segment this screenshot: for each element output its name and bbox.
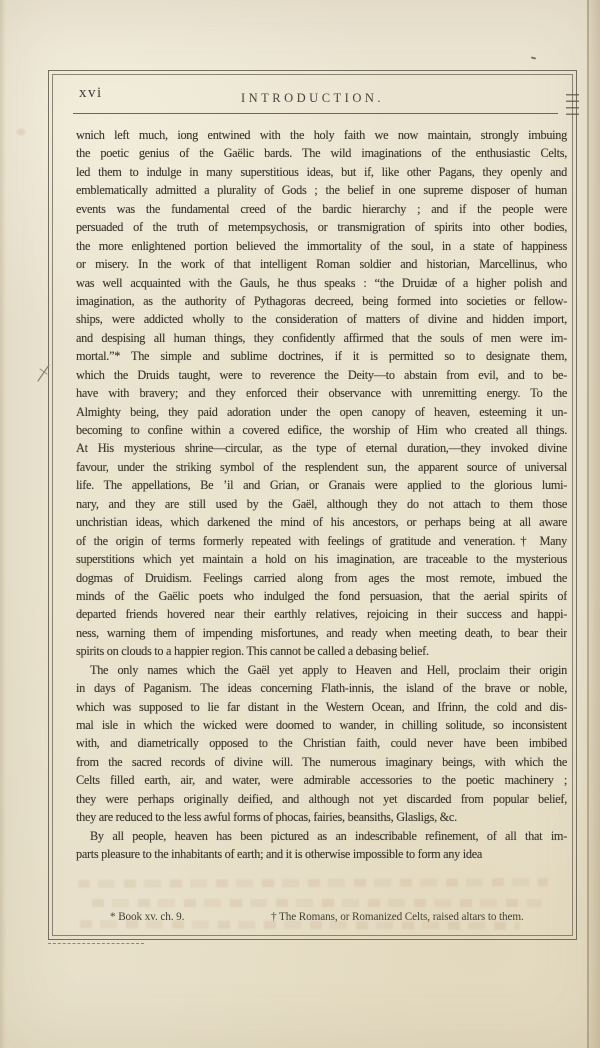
text-line: nary, and they are still used by the Gaë… — [76, 495, 567, 513]
text-line: or misery. In the work of that intellige… — [76, 255, 567, 273]
text-line: parts pleasure to the inhabitants of ear… — [76, 845, 567, 863]
text-line: have with bravery; and they enforced the… — [76, 384, 567, 402]
text-line: becoming to confine within a covered edi… — [76, 421, 567, 439]
bleed-through-ghost-text — [80, 920, 520, 930]
page-border-frame-inner: xvi INTRODUCTION. wnich left much, iong … — [52, 74, 573, 936]
text-line: emblematically admitted a plurality of G… — [76, 181, 567, 199]
text-line: persuaded of the truth of metempsychosis… — [76, 218, 567, 236]
page-border-frame: xvi INTRODUCTION. wnich left much, iong … — [48, 70, 577, 940]
text-line: which was supposed to lie far distant in… — [76, 698, 567, 716]
text-line: was well acquainted with the Gauls, he t… — [76, 274, 567, 292]
text-line: ness, warning them of impending misfortu… — [76, 624, 567, 642]
text-line: mal isle in which the wicked were doomed… — [76, 716, 567, 734]
text-line: favour, under the striking symbol of the… — [76, 458, 567, 476]
bleed-through-ghost-text — [92, 899, 542, 907]
scan-artifact-speck — [531, 57, 536, 60]
text-line: and despising all human things, they con… — [76, 329, 567, 347]
page-right-edge-shadow — [589, 0, 600, 1048]
text-line: life. The appellations, Be ’il and Grian… — [76, 476, 567, 494]
page-left-edge-shadow — [0, 0, 6, 1048]
text-line: unchristian ideas, which darkened the mi… — [76, 513, 567, 531]
bleed-through-ghost-text — [78, 878, 548, 888]
text-line: with, and diametrically opposed to the C… — [76, 734, 567, 752]
text-line: events was the fundamental creed of the … — [76, 200, 567, 218]
text-line: they were perhaps originally deified, an… — [76, 790, 567, 808]
body-text: wnich left much, iong entwined with the … — [76, 126, 567, 864]
text-line: minds of the Gaëlic poets who indulged t… — [76, 587, 567, 605]
foxing-spot — [78, 560, 92, 570]
text-line: Celts filled earth, air, and water, were… — [76, 771, 567, 789]
text-line: spirits on clouds to a happier region. T… — [76, 642, 567, 660]
scan-artifact-dashes — [48, 943, 144, 944]
text-line: from the sacred records of divine will. … — [76, 753, 567, 771]
text-line: dogmas of Druidism. Feelings carried alo… — [76, 569, 567, 587]
scan-artifact-hatch — [566, 94, 579, 115]
text-line: departed friends hovered near their eart… — [76, 605, 567, 623]
text-line: led them to indulge in many superstitiou… — [76, 163, 567, 181]
text-line: the more enlightened portion believed th… — [76, 237, 567, 255]
text-line: superstitions which yet maintain a hold … — [76, 550, 567, 568]
text-line: By all people, heaven has been pictured … — [76, 827, 567, 845]
foxing-spot — [16, 128, 26, 136]
text-line: imagination, as the authority of Pythago… — [76, 292, 567, 310]
header-rule — [73, 113, 558, 114]
text-line: The only names which the Gaël yet apply … — [76, 661, 567, 679]
text-line: Almighty being, they paid adoration unde… — [76, 403, 567, 421]
text-line: they are reduced to the less awful forms… — [76, 808, 567, 826]
text-line: which the Druids taught, were to reveren… — [76, 366, 567, 384]
foxing-spot — [508, 700, 520, 712]
text-line: mortal.”* The simple and sublime doctrin… — [76, 347, 567, 365]
text-line: in days of Paganism. The ideas concernin… — [76, 679, 567, 697]
scanned-book-page: xvi INTRODUCTION. wnich left much, iong … — [0, 0, 600, 1048]
text-line: ships, were addicted wholly to the consi… — [76, 310, 567, 328]
running-title: INTRODUCTION. — [53, 91, 572, 106]
text-line: the poetic genius of the Gaëlic bards. T… — [76, 144, 567, 162]
text-line: wnich left much, iong entwined with the … — [76, 126, 567, 144]
text-line: At His mysterious shrine—circular, as th… — [76, 439, 567, 457]
text-line: of the origin of terms formerly repeated… — [76, 532, 567, 550]
pencil-margin-mark-icon — [35, 361, 53, 385]
